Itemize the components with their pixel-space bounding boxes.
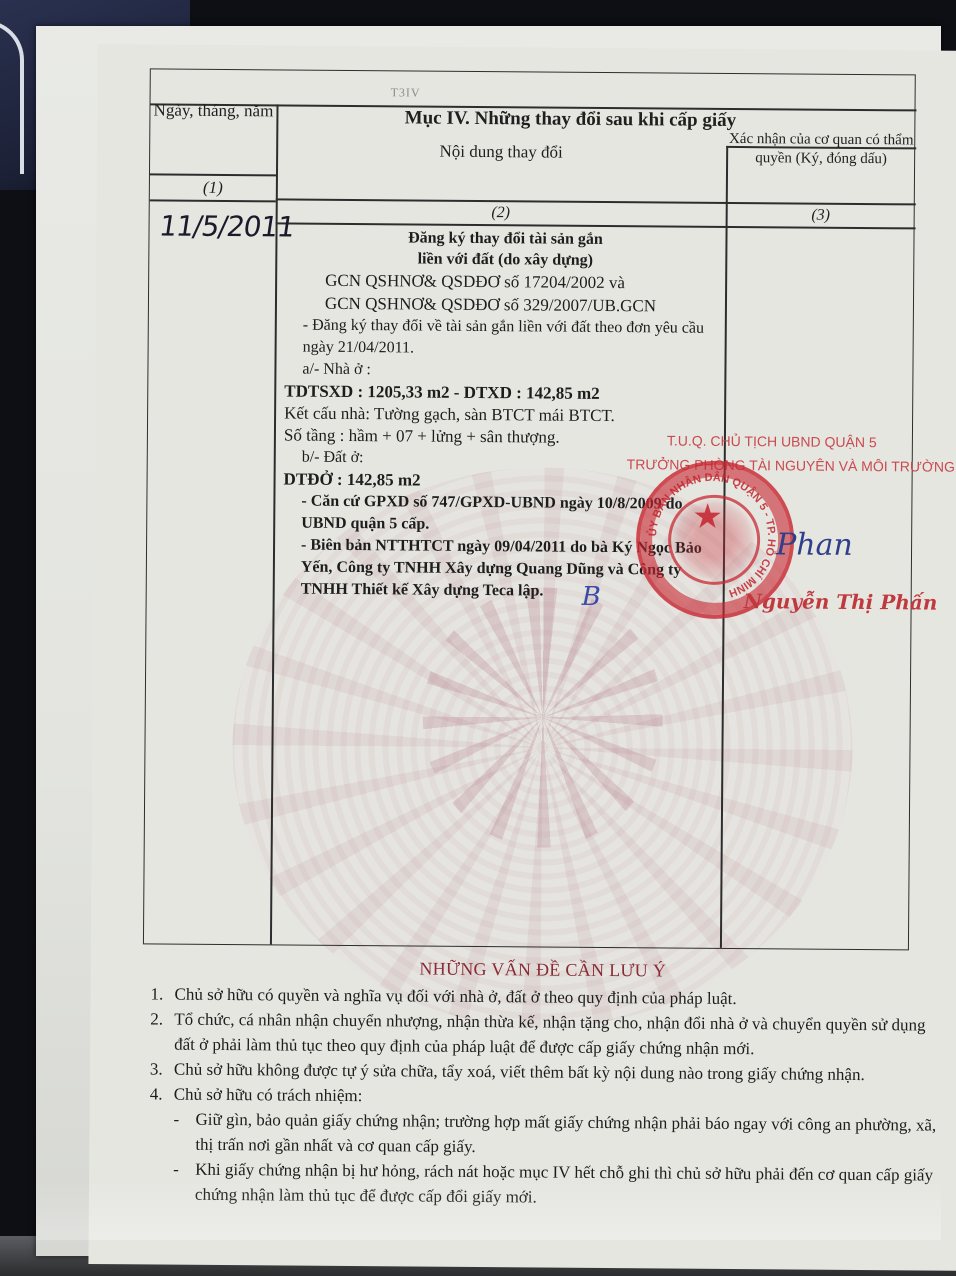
section-title: Mục IV. Những thay đổi sau khi cấp giấy (310, 107, 830, 133)
authority-line-1: T.U.Q. CHỦ TỊCH UBND QUẬN 5 (667, 432, 877, 450)
note-text: Chủ sở hữu có quyền và nghĩa vụ đối với … (174, 985, 736, 1008)
plastic-sleeve: T3IV Mục IV. Những thay đổi sau khi cấp … (36, 26, 941, 1256)
faint-header-text: T3IV (391, 85, 421, 100)
gcn-line-1: GCN QSHNƠ& QSDĐƠ số 17204/2002 và (285, 268, 725, 294)
column-header-date: Ngày, tháng, năm (150, 99, 276, 122)
gcn-line-2: GCN QSHNƠ& QSDĐƠ số 329/2007/UB.GCN (285, 291, 725, 317)
note-item: 2. Tổ chức, cá nhân nhận chuyển nhượng, … (142, 1006, 942, 1062)
notes-title: NHỮNG VẤN ĐỀ CẦN LƯU Ý (143, 954, 943, 985)
note-text: Chủ sở hữu có trách nhiệm: (174, 1085, 363, 1105)
note-text: Chủ sở hữu không được tự ý sửa chữa, tẩy… (174, 1060, 865, 1084)
request-line: - Đăng ký thay đổi về tài sản gắn liền v… (285, 314, 725, 361)
dash-bullet: - (173, 1107, 179, 1132)
signer-name: Nguyễn Thị Phấn (744, 589, 938, 615)
seal-ring-text: ỦY BAN NHÂN DÂN QUẬN 5 - TP. HỒ CHÍ MINH (642, 466, 783, 607)
table-rule (150, 199, 276, 201)
handwritten-initials: B (582, 582, 601, 612)
table-rule (150, 173, 276, 175)
column-header-content: Nội dung thay đổi (276, 140, 726, 164)
note-number: 3. (150, 1056, 163, 1081)
note-number: 2. (150, 1006, 163, 1031)
svg-text:ỦY BAN NHÂN DÂN QUẬN 5 - TP. H: ỦY BAN NHÂN DÂN QUẬN 5 - TP. HỒ CHÍ MINH (646, 470, 778, 599)
changes-table: T3IV Mục IV. Những thay đổi sau khi cấp … (143, 68, 916, 950)
column-number-3: (3) (726, 206, 916, 225)
note-text: Tổ chức, cá nhân nhận chuyển nhượng, nhậ… (174, 1010, 925, 1059)
handwritten-date: 11/5/2011 (157, 210, 296, 244)
note-number: 1. (150, 981, 163, 1006)
column-number-1: (1) (150, 177, 276, 198)
subitem-text: Giữ gìn, bảo quản giấy chứng nhận; trườn… (195, 1110, 936, 1156)
note-subitem: - Giữ gìn, bảo quản giấy chứng nhận; trư… (141, 1106, 941, 1162)
dash-bullet: - (173, 1157, 179, 1182)
note-number: 4. (150, 1081, 163, 1106)
background-object (0, 20, 24, 174)
column-header-confirmation: Xác nhận của cơ quan có thẩm quyền (Ký, … (726, 130, 916, 169)
certificate-page: T3IV Mục IV. Những thay đổi sau khi cấp … (88, 44, 956, 1271)
column-number-2: (2) (276, 202, 726, 224)
sleeve-glare (36, 1180, 941, 1240)
notes-section: NHỮNG VẤN ĐỀ CẦN LƯU Ý 1. Chủ sở hữu có … (141, 954, 943, 1212)
signature: Phan (776, 527, 853, 563)
